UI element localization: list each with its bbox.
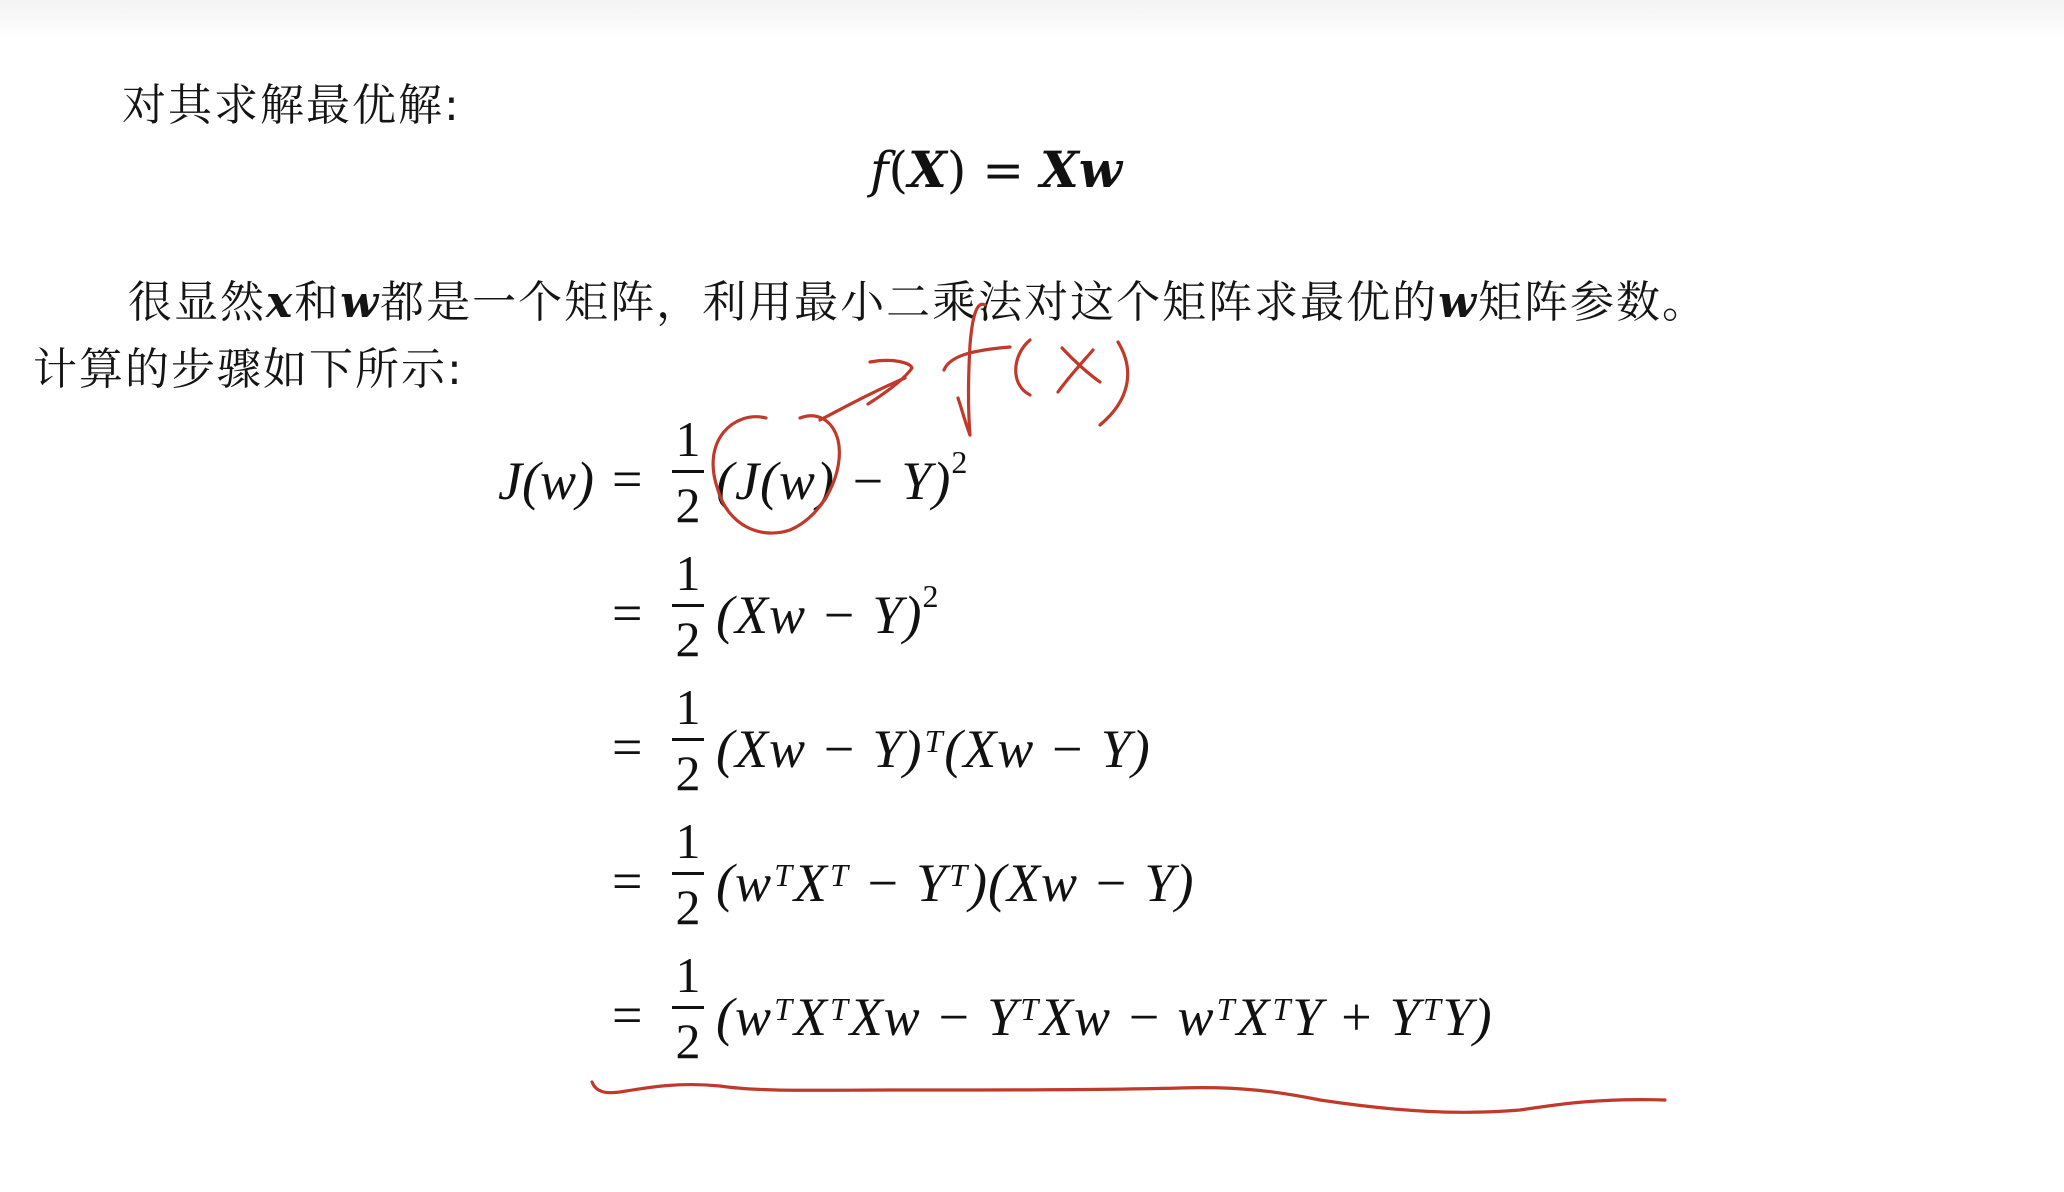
underline-annotation <box>592 1082 1665 1112</box>
p2-x: x <box>266 277 294 328</box>
arrow-annotation <box>820 378 905 420</box>
frac-den: 2 <box>668 609 708 669</box>
intro-text: 对其求解最优解: <box>122 80 461 131</box>
fraction-half: 1 2 <box>668 544 708 669</box>
frac-bar <box>672 1006 704 1009</box>
eq-close: ) <box>947 141 967 199</box>
eq-rhs: Xw <box>1040 140 1122 199</box>
display-equation: f(X) = Xw <box>870 140 1122 199</box>
equals-sign: = <box>612 716 642 778</box>
rhs-text: (Xw − Y)ᵀ(Xw − Y) <box>716 719 1151 779</box>
p2-w2: w <box>1438 277 1478 328</box>
equals-sign: = <box>612 850 642 912</box>
frac-num: 1 <box>668 544 708 602</box>
frac-bar <box>672 738 704 741</box>
eq-rhs: (Xw − Y)ᵀ(Xw − Y) <box>716 718 1151 780</box>
intro-line: 对其求解最优解: <box>122 76 461 136</box>
handwritten-x-b <box>1058 350 1093 392</box>
equals-sign: = <box>612 582 642 644</box>
handwritten-x-a <box>1062 348 1100 382</box>
top-bar <box>0 0 2064 40</box>
eq-rhs: (J(w) − Y)2 <box>716 450 968 512</box>
rhs-text: (wᵀXᵀ − Yᵀ)(Xw − Y) <box>716 853 1194 913</box>
frac-num: 1 <box>668 678 708 736</box>
equals-sign: = <box>612 984 642 1046</box>
p2-text-1: 很显然 <box>128 277 266 328</box>
frac-num: 1 <box>668 410 708 468</box>
p2-w: w <box>340 277 380 328</box>
steps-intro-text: 计算的步骤如下所示: <box>33 344 464 395</box>
p2-text-4: 矩阵参数。 <box>1478 277 1708 328</box>
rhs-text: (wᵀXᵀXw − YᵀXw − wᵀXᵀY + YᵀY) <box>716 987 1493 1047</box>
handwritten-f-cross <box>944 347 1010 370</box>
handwritten-close-paren <box>1100 342 1128 425</box>
paragraph-2: 很显然x和w都是一个矩阵，利用最小二乘法对这个矩阵求最优的w矩阵参数。 <box>128 273 1708 333</box>
arrow-head-annotation <box>868 360 912 404</box>
equals-sign: = <box>612 448 642 510</box>
frac-den: 2 <box>668 1011 708 1071</box>
frac-den: 2 <box>668 877 708 937</box>
fraction-half: 1 2 <box>668 678 708 803</box>
fraction-half: 1 2 <box>668 812 708 937</box>
eq-lhs: J(w) <box>498 450 612 512</box>
frac-bar <box>672 872 704 875</box>
eq-rhs: (wᵀXᵀXw − YᵀXw − wᵀXᵀY + YᵀY) <box>716 986 1493 1048</box>
eq-rhs: (Xw − Y)2 <box>716 584 939 646</box>
rhs-text: (J(w) − Y) <box>716 451 951 511</box>
eq-f: f <box>870 141 889 199</box>
steps-intro: 计算的步骤如下所示: <box>33 340 464 400</box>
frac-bar <box>672 604 704 607</box>
handwritten-open-paren <box>1016 340 1030 395</box>
rhs-exponent: 2 <box>922 578 939 614</box>
handwritten-f-hook <box>958 398 970 435</box>
p2-text-3: 都是一个矩阵，利用最小二乘法对这个矩阵求最优的 <box>380 277 1438 328</box>
rhs-exponent: 2 <box>951 444 968 480</box>
p2-text-2: 和 <box>294 277 340 328</box>
frac-num: 1 <box>668 946 708 1004</box>
eq-equals: = <box>966 141 1040 199</box>
fraction-half: 1 2 <box>668 946 708 1071</box>
frac-num: 1 <box>668 812 708 870</box>
eq-open: ( <box>889 141 909 199</box>
frac-den: 2 <box>668 475 708 535</box>
fraction-half: 1 2 <box>668 410 708 535</box>
frac-den: 2 <box>668 743 708 803</box>
eq-rhs: (wᵀXᵀ − Yᵀ)(Xw − Y) <box>716 852 1194 914</box>
rhs-text: (Xw − Y) <box>716 585 922 645</box>
eq-X: X <box>908 140 947 199</box>
frac-bar <box>672 470 704 473</box>
